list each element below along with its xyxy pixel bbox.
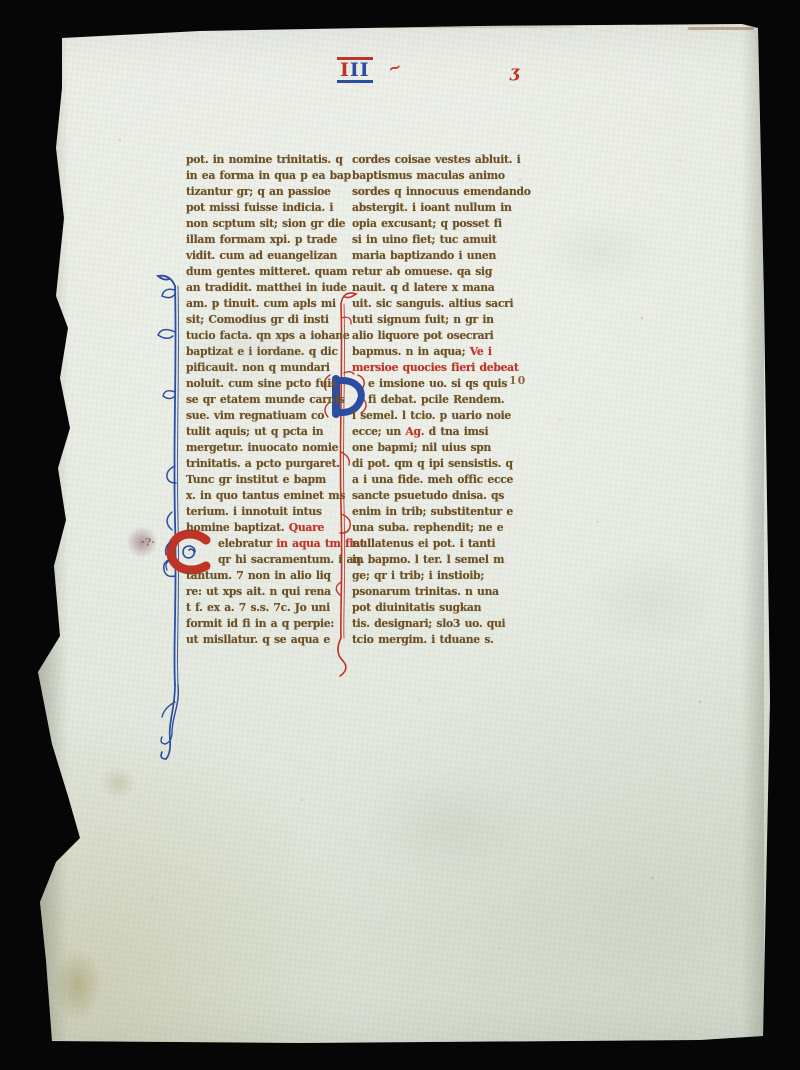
text-line: abstergit. i ioant nullum in [352,200,512,216]
text-column-right: cordes coisae vestes abluit. ibaptismus … [352,152,512,648]
body-text: nullatenus ei pot. i tanti [352,537,495,550]
text-line: pificauit. non q mundari [186,360,346,376]
heading-flourish: ~ [385,56,404,78]
body-text: sue. vim regnatiuam co [186,409,324,422]
body-text: tulit aquis; ut q pcta in [186,425,323,438]
text-line: baptizat e i iordane. q dic [186,344,346,360]
body-text: pificauit. non q mundari [186,361,330,374]
body-text: elebratur [218,537,276,550]
body-text: tis. designari; slo3 uo. qui [352,617,505,630]
text-line: noluit. cum sine pcto fuis [186,376,346,392]
rubric-text: mersioe quocies fieri debeat [352,361,519,374]
rubric-text: Ve i [470,345,492,358]
body-text: tantum. 7 non in alio liq [186,569,331,582]
body-text: a i una fide. meh offic ecce [352,473,513,486]
body-text: pot. in nomine trinitatis. q [186,153,343,166]
body-text: dum gentes mitteret. quam [186,265,347,278]
text-line: a i una fide. meh offic ecce [352,472,512,488]
rubric-text: Ag. [405,425,424,438]
body-text: sordes q innocuus emendando [352,185,531,198]
body-text: non scptum sit; sion gr die [186,217,345,230]
body-text: homine baptizat. [186,521,289,534]
text-line: tucio facta. qn xps a iohane [186,328,346,344]
text-line: elebratur in aqua tm fiat [186,536,346,552]
text-column-left: pot. in nomine trinitatis. qin ea forma … [186,152,346,648]
body-text: re: ut xps ait. n qui rena [186,585,331,598]
text-line: cordes coisae vestes abluit. i [352,152,512,168]
body-text: trinitatis. a pcto purgaret. [186,457,340,470]
body-text: alio liquore pot osecrari [352,329,493,342]
text-line: tcio mergim. i tduane s. [352,632,512,648]
text-line: tantum. 7 non in alio liq [186,568,346,584]
body-text: ge; qr i trib; i instioib; [352,569,484,582]
top-edge-highlight [688,27,754,30]
text-line: alio liquore pot osecrari [352,328,512,344]
body-text: an tradidit. matthei in iude [186,281,347,294]
text-line: sue. vim regnatiuam co [186,408,346,424]
text-line: l semel. l tcio. p uario noie [352,408,512,424]
text-line: am. p tinuit. cum apls mi [186,296,346,312]
text-line: trinitatis. a pcto purgaret. [186,456,346,472]
text-line: nullatenus ei pot. i tanti [352,536,512,552]
body-text: psonarum trinitas. n una [352,585,499,598]
body-text: d tna imsi [424,425,488,438]
body-text: cordes coisae vestes abluit. i [352,153,520,166]
text-line: bapmus. n in aqua; Ve i [352,344,512,360]
body-text: Tunc gr institut e bapm [186,473,326,486]
folio-numeral: III [337,57,373,83]
text-line: mergetur. inuocato nomie [186,440,346,456]
right-edge-shading [742,26,764,1038]
text-line: si in uino fiet; tuc amuit [352,232,512,248]
text-line: di pot. qm q ipi sensistis. q [352,456,512,472]
body-text: formit id fi in a q perpie: [186,617,334,630]
body-text: in bapmo. l ter. l semel m [352,553,504,566]
text-line: homine baptizat. Quare [186,520,346,536]
text-line: opia excusant; q posset fi [352,216,512,232]
text-line: psonarum trinitas. n una [352,584,512,600]
text-line: re: ut xps ait. n qui rena [186,584,346,600]
body-text: qr hi sacramentum. i aq. [218,553,364,566]
body-text: am. p tinuit. cum apls mi [186,297,336,310]
text-line: pot. in nomine trinitatis. q [186,152,346,168]
body-text: in ea forma in qua p ea bap [186,169,351,182]
text-line: pot missi fuisse indicia. i [186,200,346,216]
text-line: pot diuinitatis sugkan [352,600,512,616]
text-line: formit id fi in a q perpie: [186,616,346,632]
folio-numeral-stroke: I [360,61,370,79]
text-line: ge; qr i trib; i instioib; [352,568,512,584]
folio-numeral-stroke: I [340,61,350,79]
body-text: di pot. qm q ipi sensistis. q [352,457,513,470]
body-text: one bapmi; nil uius spn [352,441,491,454]
body-text: fi debat. pcile Rendem. [368,393,504,406]
body-text: retur ab omuese. qa sig [352,265,492,278]
body-text: x. in quo tantus eminet ms [186,489,345,502]
rubric-text: Quare [289,521,324,534]
text-line: baptismus maculas animo [352,168,512,184]
text-line: enim in trib; substitentur e [352,504,512,520]
faint-stain [92,760,144,806]
text-line: ecce; un Ag. d tna imsi [352,424,512,440]
text-line: t f. ex a. 7 s.s. 7c. Jo uni [186,600,346,616]
text-line: dum gentes mitteret. quam [186,264,346,280]
text-line: tizantur gr; q an passioe [186,184,346,200]
body-text: sit; Comodius gr di insti [186,313,329,326]
body-text: enim in trib; substitentur e [352,505,513,518]
text-line: vidit. cum ad euangelizan [186,248,346,264]
body-text: bapmus. n in aqua; [352,345,470,358]
body-text: baptismus maculas animo [352,169,505,182]
margin-query-mark: ·?· [141,536,155,549]
text-line: nauit. q d latere x mana [352,280,512,296]
text-line: se qr etatem munde carnis [186,392,346,408]
text-line: una suba. rephendit; ne e [352,520,512,536]
body-text: tucio facta. qn xps a iohane [186,329,349,342]
body-text: nauit. q d latere x mana [352,281,494,294]
text-line: maria baptizando i unen [352,248,512,264]
body-text: terium. i innotuit intus [186,505,322,518]
corner-stain [44,935,110,1035]
body-text: tcio mergim. i tduane s. [352,633,494,646]
manuscript-leaf: III ~ ʒ [0,0,800,1070]
body-text: e imsione uo. si qs quis [368,377,507,390]
body-text: si in uino fiet; tuc amuit [352,233,497,246]
text-line: sit; Comodius gr di insti [186,312,346,328]
text-line: retur ab omuese. qa sig [352,264,512,280]
body-text: ut misllatur. q se aqua e [186,633,330,646]
folio-numeral-stroke: I [350,61,360,79]
body-text: t f. ex a. 7 s.s. 7c. Jo uni [186,601,330,614]
body-text: se qr etatem munde carnis [186,393,345,406]
body-text: pot missi fuisse indicia. i [186,201,333,214]
body-text: ecce; un [352,425,405,438]
text-line: sancte psuetudo dnisa. qs [352,488,512,504]
text-line: Tunc gr institut e bapm [186,472,346,488]
quire-mark: ʒ [510,62,519,81]
top-edge-highlight [175,25,575,28]
text-line: one bapmi; nil uius spn [352,440,512,456]
body-text: tizantur gr; q an passioe [186,185,331,198]
text-line: x. in quo tantus eminet ms [186,488,346,504]
text-line: e imsione uo. si qs quis [352,376,512,392]
text-line: ut misllatur. q se aqua e [186,632,346,648]
left-edge-shading [36,30,68,1040]
text-line: uit. sic sanguis. altius sacri [352,296,512,312]
text-line: illam formam xpi. p trade [186,232,346,248]
body-text: illam formam xpi. p trade [186,233,337,246]
body-text: vidit. cum ad euangelizan [186,249,337,262]
body-text: uit. sic sanguis. altius sacri [352,297,513,310]
text-line: sordes q innocuus emendando [352,184,512,200]
photo-background: III ~ ʒ [0,0,800,1070]
margin-number: 10 [509,374,526,387]
body-text: mergetur. inuocato nomie [186,441,338,454]
text-line: mersioe quocies fieri debeat [352,360,512,376]
body-text: abstergit. i ioant nullum in [352,201,512,214]
text-line: non scptum sit; sion gr die [186,216,346,232]
text-line: tis. designari; slo3 uo. qui [352,616,512,632]
body-text: una suba. rephendit; ne e [352,521,503,534]
body-text: tuti signum fuit; n gr in [352,313,494,326]
text-line: terium. i innotuit intus [186,504,346,520]
body-text: noluit. cum sine pcto fuis [186,377,337,390]
text-line: an tradidit. matthei in iude [186,280,346,296]
body-text: baptizat e i iordane. q dic [186,345,338,358]
text-line: tuti signum fuit; n gr in [352,312,512,328]
text-line: in bapmo. l ter. l semel m [352,552,512,568]
body-text: opia excusant; q posset fi [352,217,502,230]
text-line: tulit aquis; ut q pcta in [186,424,346,440]
body-text: maria baptizando i unen [352,249,496,262]
text-line: in ea forma in qua p ea bap [186,168,346,184]
body-text: sancte psuetudo dnisa. qs [352,489,504,502]
body-text: l semel. l tcio. p uario noie [352,409,511,422]
text-line: qr hi sacramentum. i aq. [186,552,346,568]
body-text: pot diuinitatis sugkan [352,601,481,614]
text-line: fi debat. pcile Rendem. [352,392,512,408]
